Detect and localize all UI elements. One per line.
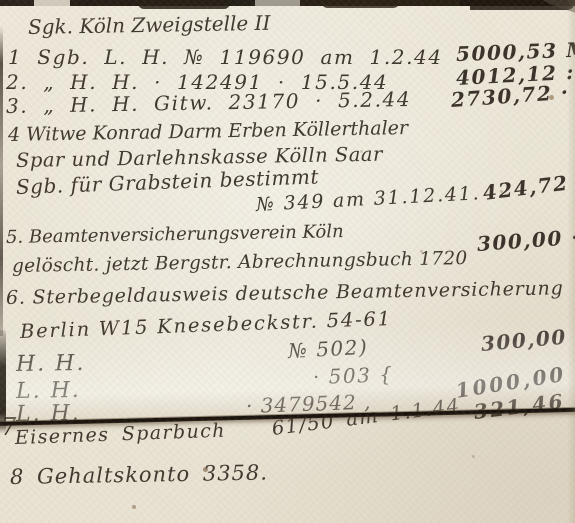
age-spot — [472, 455, 475, 458]
account-row-3-label: L. H. — [16, 402, 81, 426]
paper-left-edge-line — [0, 26, 3, 336]
age-spot — [132, 505, 136, 509]
scanned-ledger-page: Sgk. Köln Zweigstelle II 1 Sgb. L. H. № … — [0, 0, 575, 523]
paper-top-edge-blob-1 — [138, 0, 230, 9]
entry-5-note: gelöscht. jetzt Bergstr. Abrechnungsbuch… — [12, 249, 468, 276]
account-row-2-number: · 503 { — [313, 364, 394, 388]
entry-6-text: 6. Sterbegeldausweis deutsche Beamtenver… — [6, 279, 564, 309]
account-row-1-label: H. H. — [16, 352, 86, 376]
account-row-1-amount: 300,00 · — [480, 325, 575, 355]
account-row-1-number: № 502) — [287, 337, 368, 362]
entry-8-text: 8 Gehaltskonto 3358. — [10, 461, 268, 488]
entry-5-text: 5. Beamtenversicherungsverein Köln — [6, 223, 344, 248]
entry-4-amount: 424,72 · — [482, 170, 575, 203]
entry-3-amount: 2730,72 · — [450, 82, 570, 111]
top-right-corner-streak — [537, 0, 575, 19]
paper-top-edge-blob-3 — [470, 0, 575, 10]
entry-1-text: 1 Sgb. L. H. № 119690 am 1.2.44 — [8, 47, 443, 68]
account-row-2-label: L. H. — [16, 379, 81, 403]
entry-5-amount: 300,00 · — [476, 227, 575, 255]
page-title: Sgk. Köln Zweigstelle II — [28, 13, 271, 38]
paper-top-edge — [0, 0, 575, 6]
paper-top-edge-blob-2 — [322, 0, 400, 8]
entry-7-text: Eisernes Sparbuch — [15, 422, 227, 449]
entry-4-line-1: 4 Witwe Konrad Darm Erben Köllerthaler — [8, 119, 408, 146]
entry-4-line-2: Spar und Darlehnskasse Kölln Saar — [16, 145, 383, 172]
entry-3-text: 3. „ H. H. Gitw. 23170 · 5.2.44 — [6, 89, 412, 117]
